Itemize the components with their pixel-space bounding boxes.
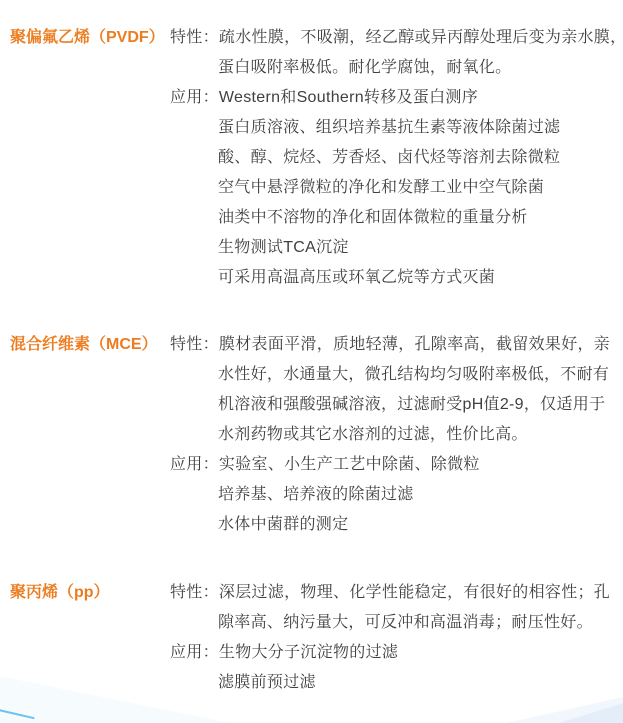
application-line: 可采用高温高压或环氧乙烷等方式灭菌 <box>170 263 623 293</box>
application-line: 空气中悬浮微粒的净化和发酵工业中空气除菌 <box>170 173 623 203</box>
feature-text: 膜材表面平滑，质地轻薄，孔隙率高，截留效果好，亲 <box>219 336 610 353</box>
application-line: 蛋白质溶液、组织培养基抗生素等液体除菌过滤 <box>170 113 623 143</box>
section-heading-mce: 混合纤维素（MCE） <box>10 330 158 360</box>
section-content: 特性：疏水性膜，不吸潮，经乙醇或异丙醇处理后变为亲水膜， 蛋白吸附率极低。耐化学… <box>170 23 623 293</box>
feature-text: 疏水性膜，不吸潮，经乙醇或异丙醇处理后变为亲水膜， <box>219 29 623 46</box>
section-mce: 混合纤维素（MCE） 特性：膜材表面平滑，质地轻薄，孔隙率高，截留效果好，亲 水… <box>0 330 623 540</box>
application-line: 应用：Western和Southern转移及蛋白测序 <box>170 83 623 113</box>
section-heading-pvdf: 聚偏氟乙烯（PVDF） <box>10 23 165 53</box>
application-line: 培养基、培养液的除菌过滤 <box>170 480 623 510</box>
application-line: 应用：生物大分子沉淀物的过滤 <box>170 638 623 668</box>
feature-label: 特性： <box>170 29 219 46</box>
feature-line: 特性：疏水性膜，不吸潮，经乙醇或异丙醇处理后变为亲水膜， <box>170 23 623 53</box>
feature-line: 水剂药物或其它水溶剂的过滤，性价比高。 <box>170 420 623 450</box>
feature-line: 水性好，水通量大，微孔结构均匀吸附率极低，不耐有 <box>170 360 623 390</box>
application-text: 生物大分子沉淀物的过滤 <box>219 644 398 661</box>
feature-line: 机溶液和强酸强碱溶液，过滤耐受pH值2-9，仅适用于 <box>170 390 623 420</box>
feature-line: 隙率高、纳污量大，可反冲和高温消毒；耐压性好。 <box>170 608 623 638</box>
section-pp: 聚丙烯（pp） 特性：深层过滤，物理、化学性能稳定，有很好的相容性；孔 隙率高、… <box>0 578 623 698</box>
section-heading-pp: 聚丙烯（pp） <box>10 578 110 608</box>
application-text: Western和Southern转移及蛋白测序 <box>219 89 478 106</box>
section-content: 特性：深层过滤，物理、化学性能稳定，有很好的相容性；孔 隙率高、纳污量大，可反冲… <box>170 578 623 698</box>
application-label: 应用： <box>170 456 219 473</box>
application-line: 应用：实验室、小生产工艺中除菌、除微粒 <box>170 450 623 480</box>
feature-text: 深层过滤，物理、化学性能稳定，有很好的相容性；孔 <box>219 584 610 601</box>
application-text: 实验室、小生产工艺中除菌、除微粒 <box>219 456 480 473</box>
application-line: 生物测试TCA沉淀 <box>170 233 623 263</box>
feature-label: 特性： <box>170 336 219 353</box>
application-line: 滤膜前预过滤 <box>170 668 623 698</box>
section-pvdf: 聚偏氟乙烯（PVDF） 特性：疏水性膜，不吸潮，经乙醇或异丙醇处理后变为亲水膜，… <box>0 23 623 293</box>
feature-line: 蛋白吸附率极低。耐化学腐蚀，耐氧化。 <box>170 53 623 83</box>
application-label: 应用： <box>170 89 219 106</box>
application-line: 酸、醇、烷烃、芳香烃、卤代烃等溶剂去除微粒 <box>170 143 623 173</box>
application-line: 油类中不溶物的净化和固体微粒的重量分析 <box>170 203 623 233</box>
section-content: 特性：膜材表面平滑，质地轻薄，孔隙率高，截留效果好，亲 水性好，水通量大，微孔结… <box>170 330 623 540</box>
feature-line: 特性：膜材表面平滑，质地轻薄，孔隙率高，截留效果好，亲 <box>170 330 623 360</box>
feature-line: 特性：深层过滤，物理、化学性能稳定，有很好的相容性；孔 <box>170 578 623 608</box>
application-label: 应用： <box>170 644 219 661</box>
feature-label: 特性： <box>170 584 219 601</box>
application-line: 水体中菌群的测定 <box>170 510 623 540</box>
